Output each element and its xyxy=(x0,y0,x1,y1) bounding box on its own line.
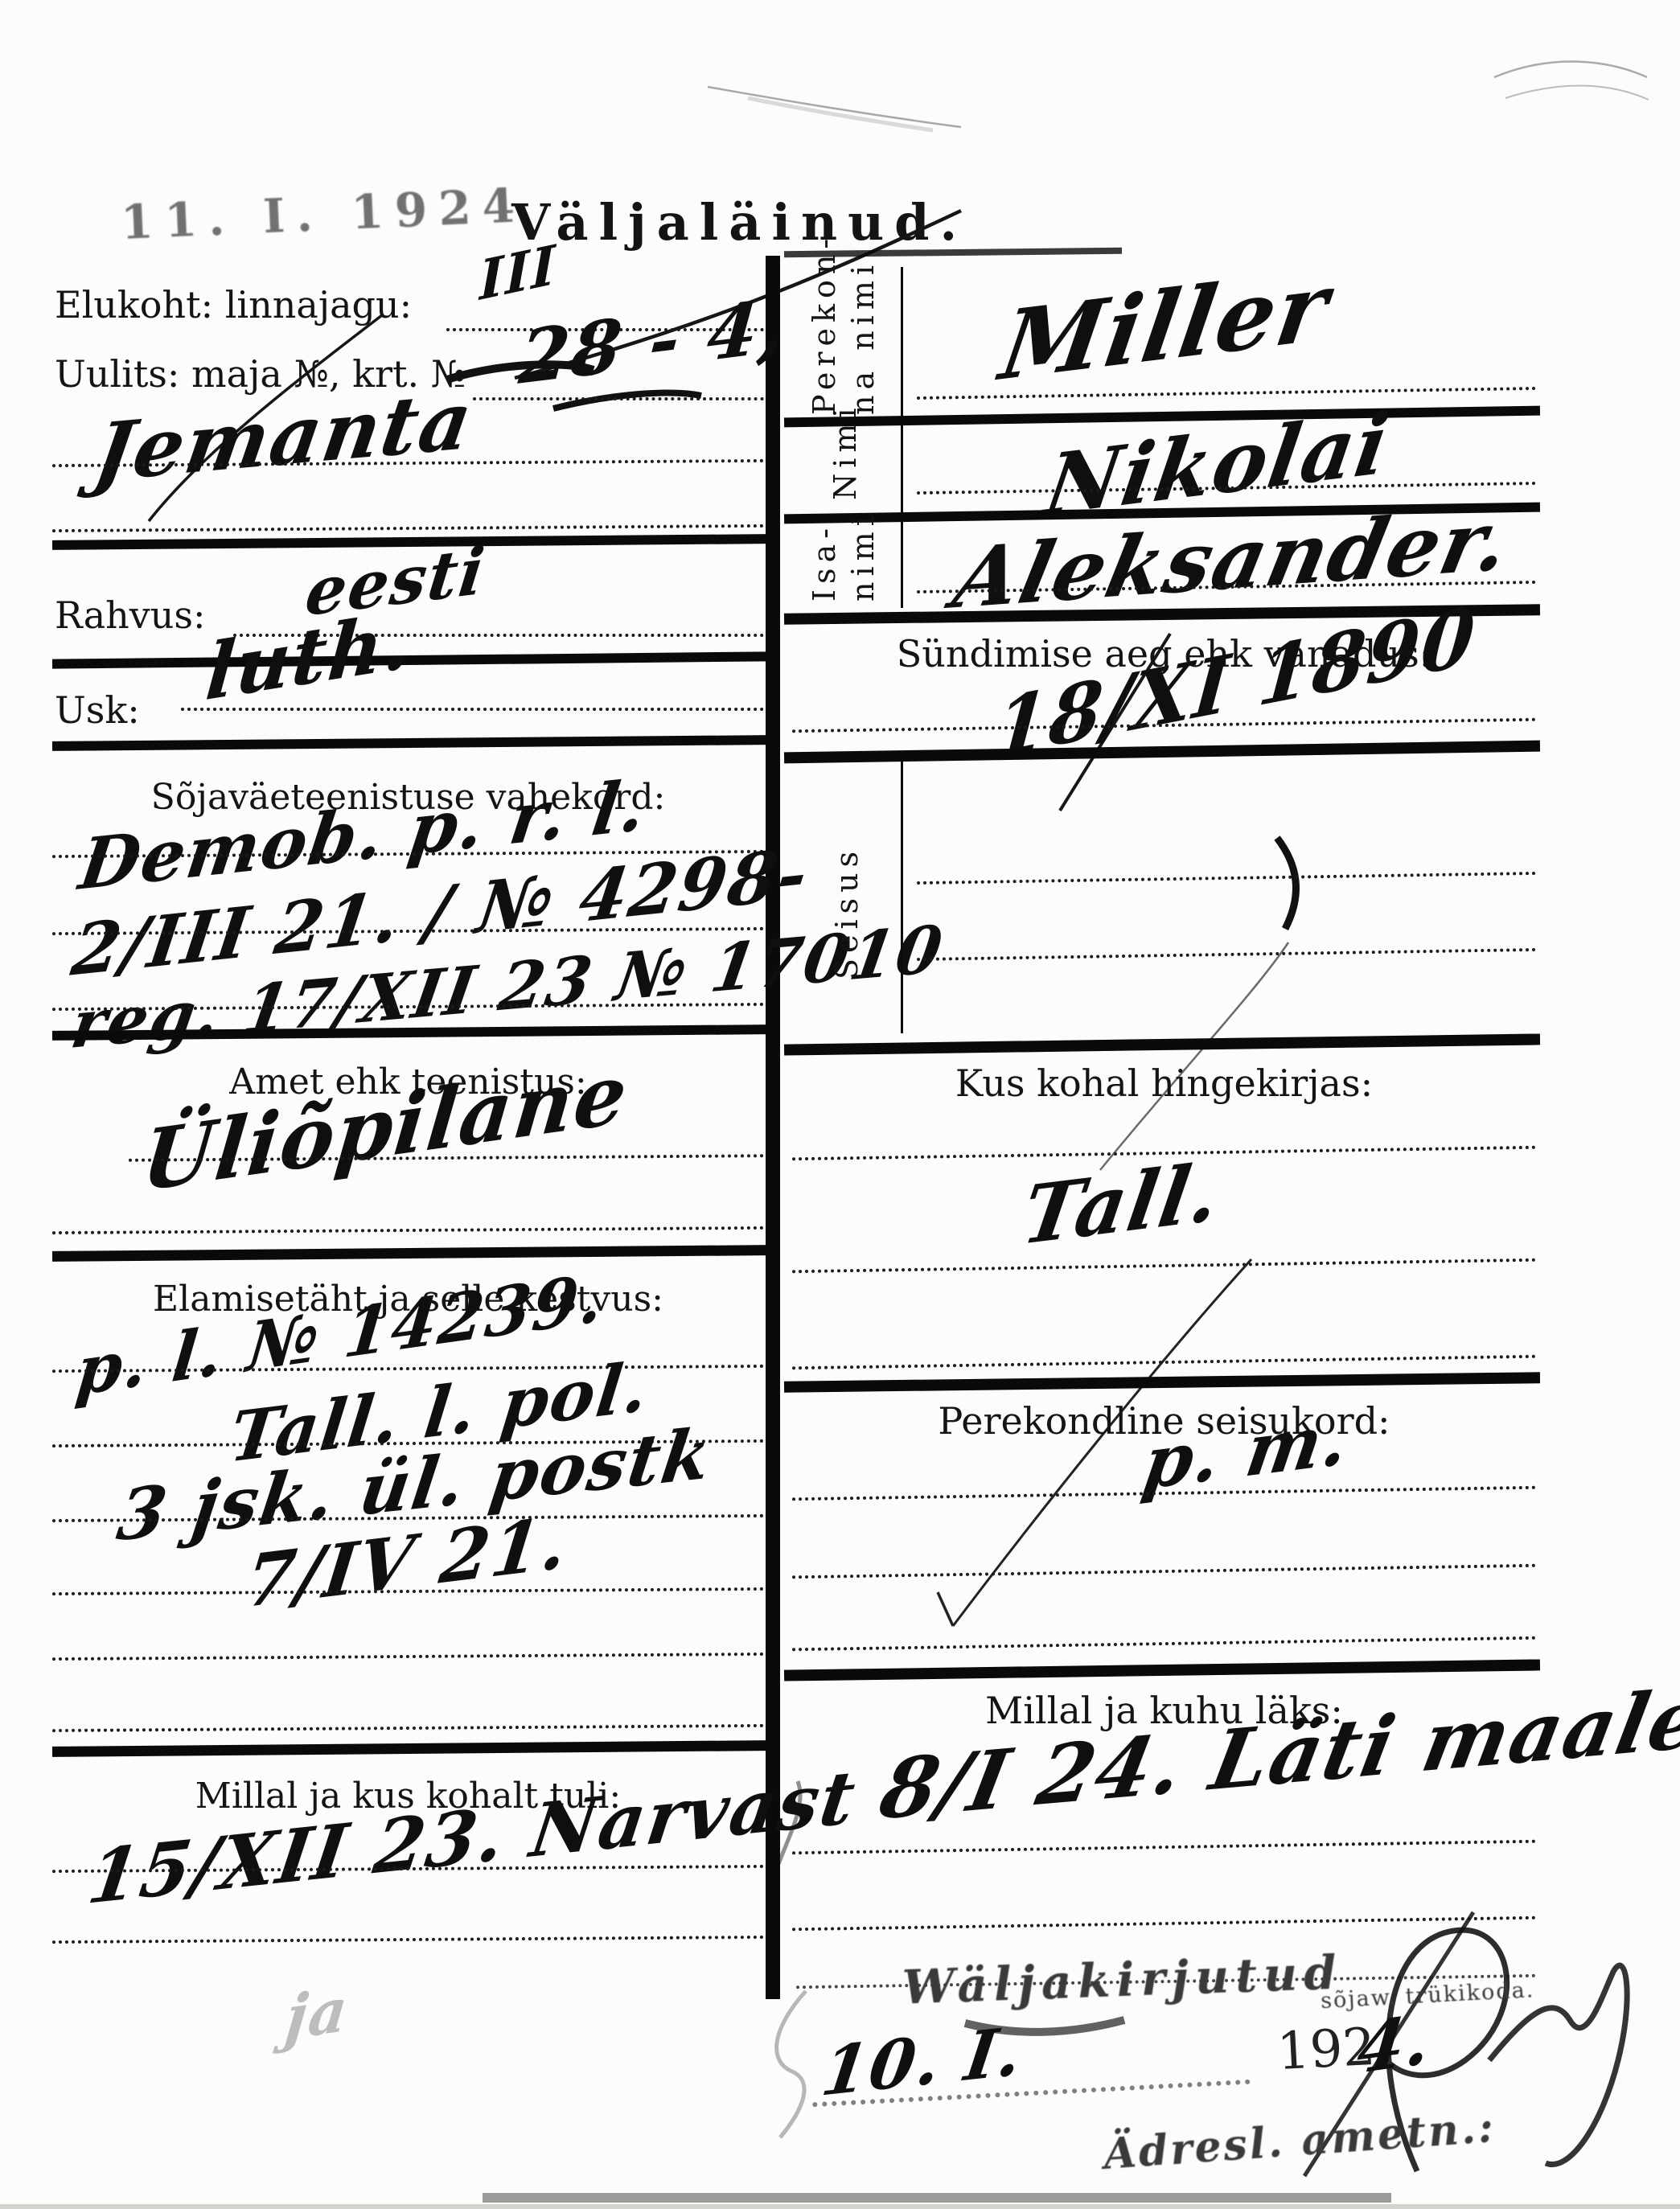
dotted-line xyxy=(52,1226,764,1234)
scan-edge xyxy=(483,2193,1391,2203)
corner-smudge xyxy=(1494,62,1647,78)
father-name-label-line1: Isa- xyxy=(806,511,844,602)
residence-value: III xyxy=(479,232,557,313)
surname-label: Perekon- na nimi xyxy=(806,233,882,415)
issued-label: Wäljakirjutud xyxy=(902,1944,1344,2014)
dotted-line xyxy=(917,948,1536,961)
dotted-line xyxy=(792,1840,1536,1855)
surname-label-line1: Perekon- xyxy=(806,233,844,415)
pen-stroke xyxy=(553,393,701,409)
section-rule xyxy=(784,1659,1540,1681)
dotted-line xyxy=(52,1724,764,1732)
pencil-note: ja xyxy=(282,1974,352,2054)
status-label: Seisus xyxy=(828,846,867,979)
dotted-line xyxy=(52,524,764,532)
residence-label: Elukoht: linnajagu: xyxy=(55,283,412,326)
religion-value: luth. xyxy=(203,595,416,718)
label-gutter-rule xyxy=(901,267,903,608)
first-name-label: Nimi xyxy=(827,402,865,500)
section-rule xyxy=(784,741,1540,764)
registry-label: Kus kohal hingekirjas: xyxy=(792,1061,1536,1105)
pen-stroke xyxy=(1277,838,1296,929)
section-rule xyxy=(52,1245,768,1262)
dotted-line xyxy=(52,1653,764,1661)
father-name-label: Isa- nimi xyxy=(806,511,882,602)
surname-label-line2: na nimi xyxy=(844,233,883,415)
pen-stroke xyxy=(1100,942,1288,1170)
pencil-squiggle xyxy=(777,1991,806,2137)
dotted-line xyxy=(792,1258,1536,1274)
scan-edge xyxy=(0,2204,1680,2209)
father-name-label-line2: nimi xyxy=(844,511,883,602)
section-rule xyxy=(784,1033,1540,1055)
dotted-line xyxy=(917,872,1536,885)
registry-value: Tall. xyxy=(1017,1144,1228,1263)
label-gutter-rule xyxy=(901,760,903,1033)
religion-label: Usk: xyxy=(55,688,140,732)
official-label: Ädresl. ametn.: xyxy=(1102,2103,1497,2179)
dotted-line xyxy=(52,1936,764,1944)
corner-smudge xyxy=(1505,85,1649,100)
nationality-label: Rahvus: xyxy=(55,593,205,637)
date-stamp: 11. I. 1924 xyxy=(120,178,528,250)
scan-smudge xyxy=(708,87,961,127)
dotted-line xyxy=(792,1355,1536,1370)
dotted-line xyxy=(792,1564,1536,1579)
house-number-value: 28 - 4, xyxy=(516,282,790,402)
pen-stroke xyxy=(938,1592,953,1626)
page-title: Väljaläinud. xyxy=(511,193,967,252)
issued-year-hand: 4. xyxy=(1353,1998,1435,2089)
dotted-line xyxy=(792,1916,1536,1932)
column-divider xyxy=(766,256,780,1999)
section-rule xyxy=(52,1740,768,1757)
registration-card: 11. I. 1924 Väljaläinud. Elukoht: linnaj… xyxy=(0,0,1680,2209)
dotted-line xyxy=(792,1636,1536,1652)
surname-value: Miller xyxy=(993,250,1337,402)
scan-smudge xyxy=(748,98,933,130)
section-rule xyxy=(784,1372,1540,1392)
section-rule xyxy=(52,735,768,751)
